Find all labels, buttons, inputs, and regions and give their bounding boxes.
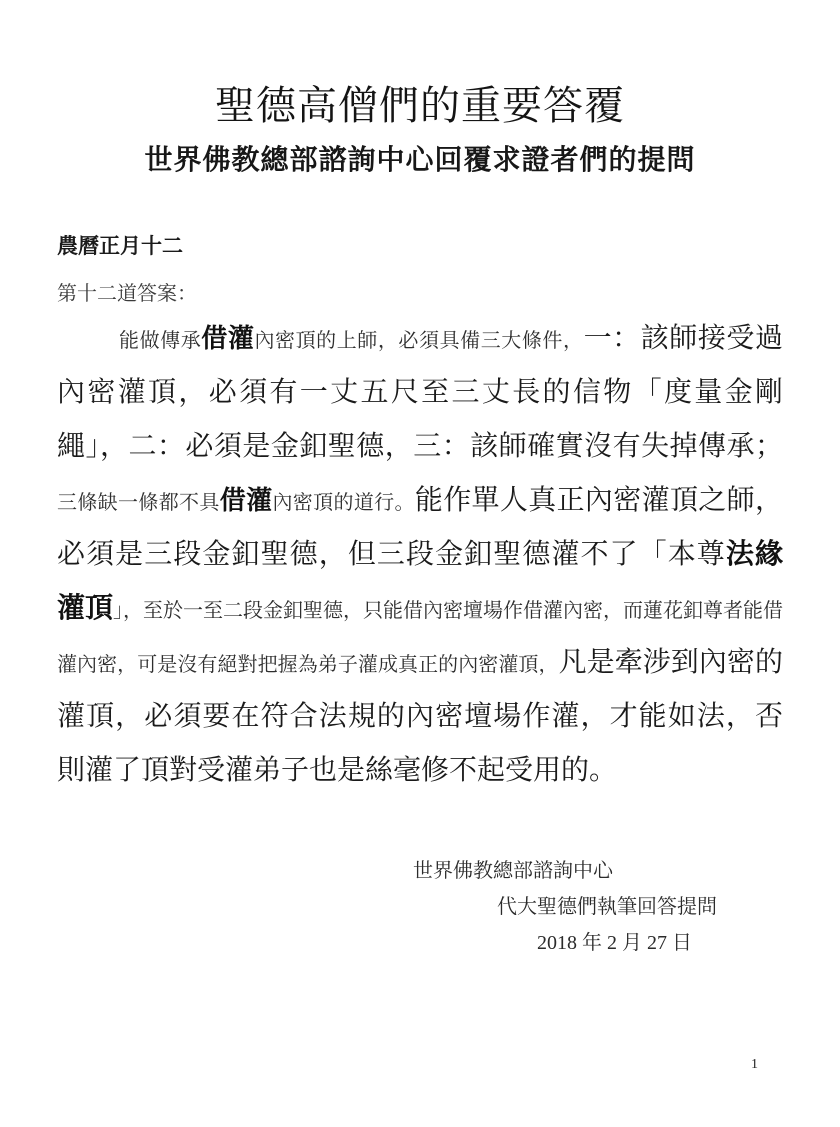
- paragraph-segment-emphasis: 借灌: [220, 486, 273, 515]
- signature-organization: 世界佛教總部諮詢中心: [413, 853, 783, 889]
- lunar-date-label: 農曆正月十二: [57, 230, 783, 260]
- signature-block: 世界佛教總部諮詢中心 代大聖德們執筆回答提問 2018 年 2 月 27 日: [57, 853, 783, 961]
- document-subtitle: 世界佛教總部諮詢中心回覆求證者們的提問: [57, 138, 783, 178]
- answer-paragraph: 能做傳承借灌內密頂的上師，必須具備三大條件，一：該師接受過內密灌頂，必須有一丈五…: [57, 313, 783, 799]
- signature-author: 代大聖德們執筆回答提問: [497, 889, 783, 925]
- signature-date: 2018 年 2 月 27 日: [537, 925, 783, 961]
- page-number: 1: [751, 1057, 758, 1073]
- paragraph-segment-emphasis: 借灌: [201, 324, 254, 353]
- paragraph-segment: 內密頂的上師，必須具備三大條件，: [254, 330, 583, 352]
- answer-number-label: 第十二道答案：: [57, 277, 783, 306]
- paragraph-segment: 三條缺一條都不具: [57, 492, 220, 514]
- paragraph-segment: 能做傳承: [119, 330, 201, 352]
- paragraph-segment: 內密頂的道行。: [272, 492, 414, 514]
- document-title: 聖德高僧們的重要答覆: [57, 83, 783, 129]
- document-page: 聖德高僧們的重要答覆 世界佛教總部諮詢中心回覆求證者們的提問 農曆正月十二 第十…: [0, 0, 840, 1127]
